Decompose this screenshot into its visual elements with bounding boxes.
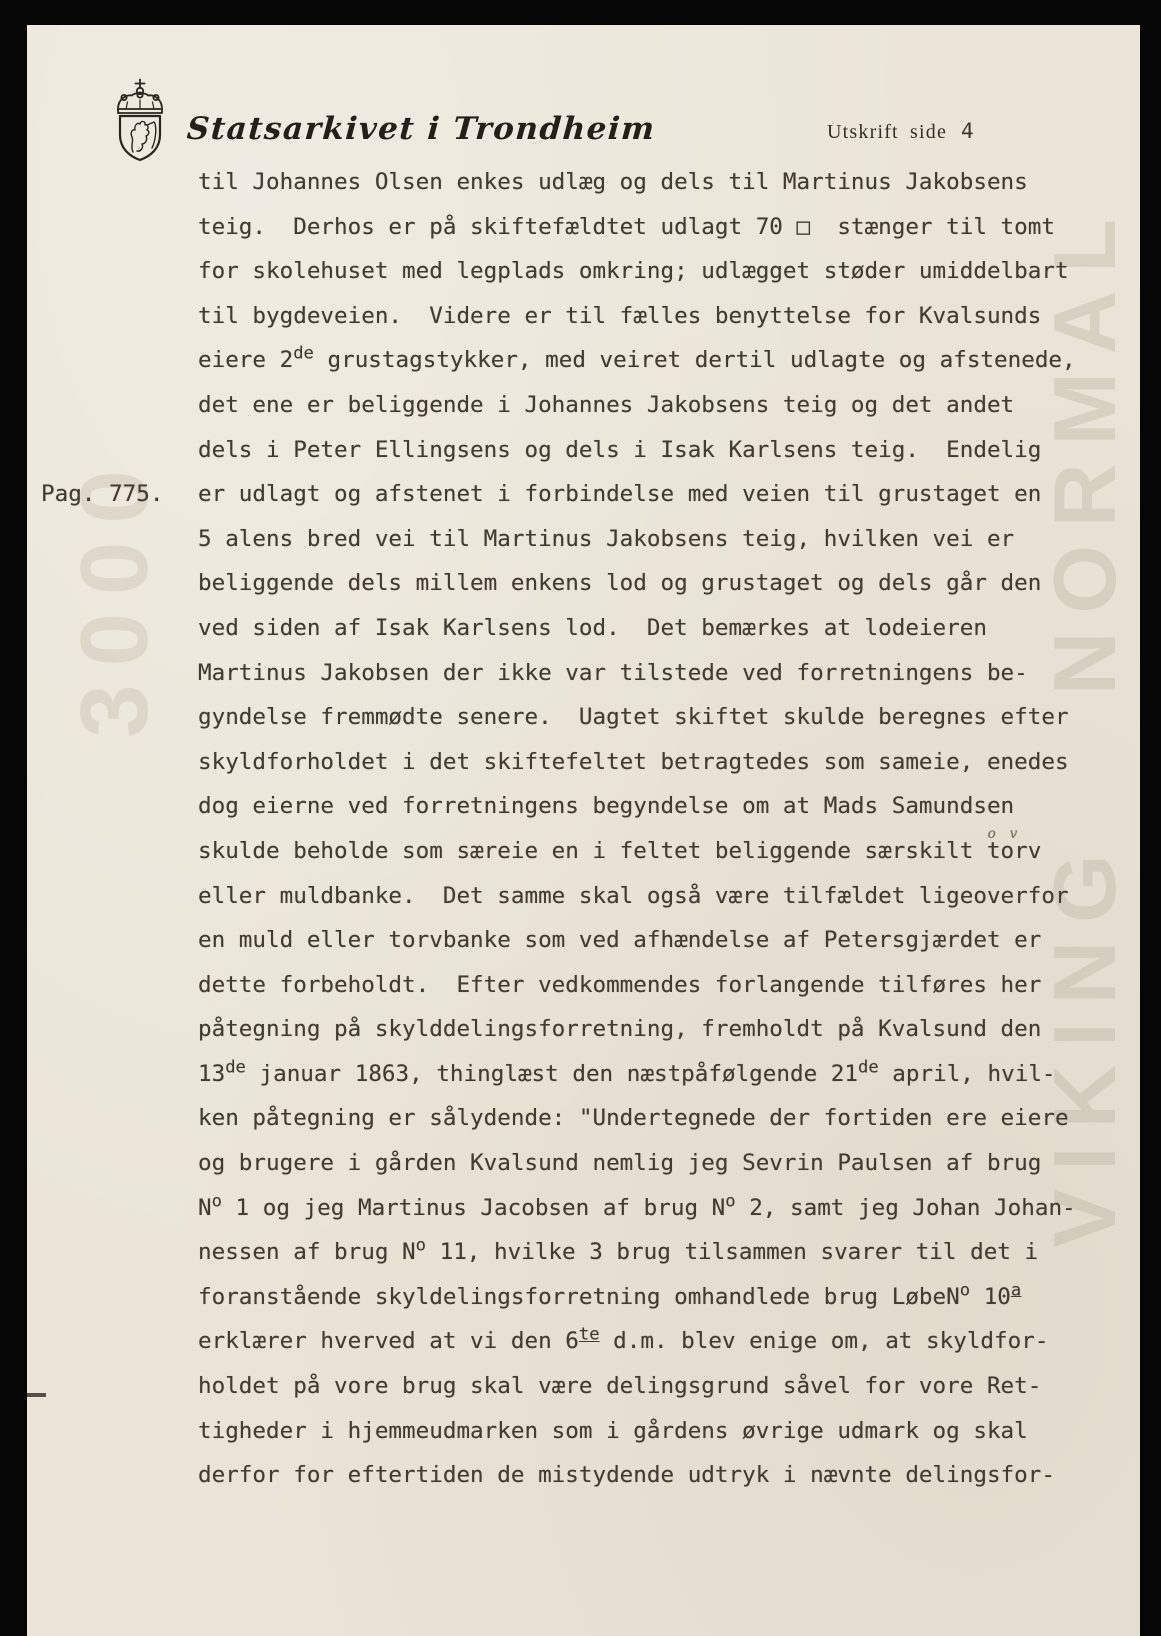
line-text: dette forbeholdt. Efter vedkommendes for… xyxy=(198,972,1041,998)
line-text: holdet på vore brug skal være delingsgru… xyxy=(198,1373,1041,1399)
coat-of-arms-icon xyxy=(103,78,177,162)
typewritten-text-block: til Johannes Olsen enkes udlæg og dels t… xyxy=(198,160,1098,1498)
line-text: til bygdeveien. Videre er til fælles ben… xyxy=(198,303,1041,329)
line-text: januar 1863, thinglæst den næstpåfølgend… xyxy=(246,1061,858,1087)
line-text: 13 xyxy=(198,1061,225,1087)
line-text: det ene er beliggende i Johannes Jakobse… xyxy=(198,392,1014,418)
text-line: 5 alens bred vei til Martinus Jakobsens … xyxy=(198,517,1098,562)
text-line: skyldforholdet i det skiftefeltet betrag… xyxy=(198,740,1098,785)
text-line: til bygdeveien. Videre er til fælles ben… xyxy=(198,294,1098,339)
text-line: dels i Peter Ellingsens og dels i Isak K… xyxy=(198,428,1098,473)
document-page: 3000 NORMAL VIKING Statsarkivet i Trondh… xyxy=(27,25,1140,1636)
line-text: Martinus Jakobsen der ikke var tilstede … xyxy=(198,660,1028,686)
text-line: en muld eller torvbanke som ved afhændel… xyxy=(198,918,1098,963)
text-line: teig. Derhos er på skiftefældtet udlagt … xyxy=(198,205,1098,250)
edge-mark xyxy=(27,1393,46,1397)
line-text: N xyxy=(198,1195,212,1221)
line-text: ved siden af Isak Karlsens lod. Det bemæ… xyxy=(198,615,987,641)
text-line: skulde beholde som særeie en i feltet be… xyxy=(198,829,1098,874)
line-text: derfor for eftertiden de mistydende udtr… xyxy=(198,1462,1055,1488)
line-text: og brugere i gården Kvalsund nemlig jeg … xyxy=(198,1150,1041,1176)
line-text: tigheder i hjemmeudmarken som i gårdens … xyxy=(198,1418,1028,1444)
handwritten-annotation: o v xyxy=(988,828,1022,842)
archive-name-title: Statsarkivet i Trondheim xyxy=(186,111,657,147)
print-page-indicator: Utskrift side4 xyxy=(827,119,975,144)
scanned-page-background: 3000 NORMAL VIKING Statsarkivet i Trondh… xyxy=(0,0,1161,1636)
page-number: 4 xyxy=(961,119,975,143)
line-text: gyndelse fremmødte senere. Uagtet skifte… xyxy=(198,704,1069,730)
line-text: skyldforholdet i det skiftefeltet betrag… xyxy=(198,749,1069,775)
line-text: eiere 2 xyxy=(198,347,293,373)
text-line: Martinus Jakobsen der ikke var tilstede … xyxy=(198,651,1098,696)
text-line: beliggende dels millem enkens lod og gru… xyxy=(198,561,1098,606)
line-text: skulde beholde som særeie en i feltet be… xyxy=(198,838,987,864)
line-text: april, hvil- xyxy=(879,1061,1056,1087)
text-line: nessen af brug No 11, hvilke 3 brug tils… xyxy=(198,1230,1098,1275)
text-line: eller muldbanke. Det samme skal også vær… xyxy=(198,874,1098,919)
superscript-text: de xyxy=(225,1057,246,1077)
text-line: gyndelse fremmødte senere. Uagtet skifte… xyxy=(198,695,1098,740)
line-text: 5 alens bred vei til Martinus Jakobsens … xyxy=(198,526,1014,552)
line-text: ken påtegning er sålydende: "Undertegned… xyxy=(198,1105,1069,1131)
text-line: foranstående skyldelingsforretning omhan… xyxy=(198,1275,1098,1320)
line-text: 11, hvilke 3 brug tilsammen svarer til d… xyxy=(426,1239,1038,1265)
text-line: 13de januar 1863, thinglæst den næstpåfø… xyxy=(198,1052,1098,1097)
line-text: dels i Peter Ellingsens og dels i Isak K… xyxy=(198,437,1041,463)
text-line: for skolehuset med legplads omkring; udl… xyxy=(198,249,1098,294)
line-text: teig. Derhos er på skiftefældtet udlagt … xyxy=(198,214,1055,240)
line-text: 1 og jeg Martinus Jacobsen af brug N xyxy=(222,1195,725,1221)
line-text: nessen af brug N xyxy=(198,1239,416,1265)
text-line: tigheder i hjemmeudmarken som i gårdens … xyxy=(198,1409,1098,1454)
text-line: ved siden af Isak Karlsens lod. Det bemæ… xyxy=(198,606,1098,651)
superscript-text: o xyxy=(212,1191,222,1211)
text-line: Pag. 775.er udlagt og afstenet i forbind… xyxy=(198,472,1098,517)
line-text: til Johannes Olsen enkes udlæg og dels t… xyxy=(198,169,1028,195)
line-text: d.m. blev enige om, at skyldfor- xyxy=(600,1328,1049,1354)
text-line: holdet på vore brug skal være delingsgru… xyxy=(198,1364,1098,1409)
text-line: No 1 og jeg Martinus Jacobsen af brug No… xyxy=(198,1186,1098,1231)
line-text: grustagstykker, med veiret dertil udlagt… xyxy=(314,347,1076,373)
line-text: foranstående skyldelingsforretning omhan… xyxy=(198,1284,960,1310)
text-line: derfor for eftertiden de mistydende udtr… xyxy=(198,1453,1098,1498)
text-line: eiere 2de grustagstykker, med veiret der… xyxy=(198,338,1098,383)
line-text: dog eierne ved forretningens begyndelse … xyxy=(198,793,1014,819)
text-line: dog eierne ved forretningens begyndelse … xyxy=(198,784,1098,829)
superscript-text: a xyxy=(1011,1280,1021,1300)
superscript-text: de xyxy=(293,344,314,364)
line-text: for skolehuset med legplads omkring; udl… xyxy=(198,258,1069,284)
line-text: en muld eller torvbanke som ved afhændel… xyxy=(198,927,1041,953)
line-text: 10 xyxy=(970,1284,1011,1310)
paper-watermark-left: 3000 xyxy=(55,385,175,805)
superscript-text: o xyxy=(725,1191,735,1211)
text-line: påtegning på skylddelingsforretning, fre… xyxy=(198,1007,1098,1052)
line-text: påtegning på skylddelingsforretning, fre… xyxy=(198,1016,1041,1042)
superscript-text: o xyxy=(960,1280,970,1300)
text-line: erklærer hverved at vi den 6te d.m. blev… xyxy=(198,1319,1098,1364)
text-line: til Johannes Olsen enkes udlæg og dels t… xyxy=(198,160,1098,205)
line-text: beliggende dels millem enkens lod og gru… xyxy=(198,570,1041,596)
line-text: 2, samt jeg Johan Johan- xyxy=(736,1195,1076,1221)
text-line: dette forbeholdt. Efter vedkommendes for… xyxy=(198,963,1098,1008)
text-line: det ene er beliggende i Johannes Jakobse… xyxy=(198,383,1098,428)
text-line: og brugere i gården Kvalsund nemlig jeg … xyxy=(198,1141,1098,1186)
line-text: er udlagt og afstenet i forbindelse med … xyxy=(198,481,1041,507)
line-text: erklærer hverved at vi den 6 xyxy=(198,1328,579,1354)
print-label: Utskrift side xyxy=(827,121,947,143)
superscript-text: te xyxy=(579,1325,600,1345)
line-text: o vtorv xyxy=(987,838,1041,864)
margin-note: Pag. 775. xyxy=(41,472,163,517)
superscript-text: o xyxy=(416,1236,426,1256)
line-text: eller muldbanke. Det samme skal også vær… xyxy=(198,883,1069,909)
superscript-text: de xyxy=(858,1057,879,1077)
text-line: ken påtegning er sålydende: "Undertegned… xyxy=(198,1096,1098,1141)
